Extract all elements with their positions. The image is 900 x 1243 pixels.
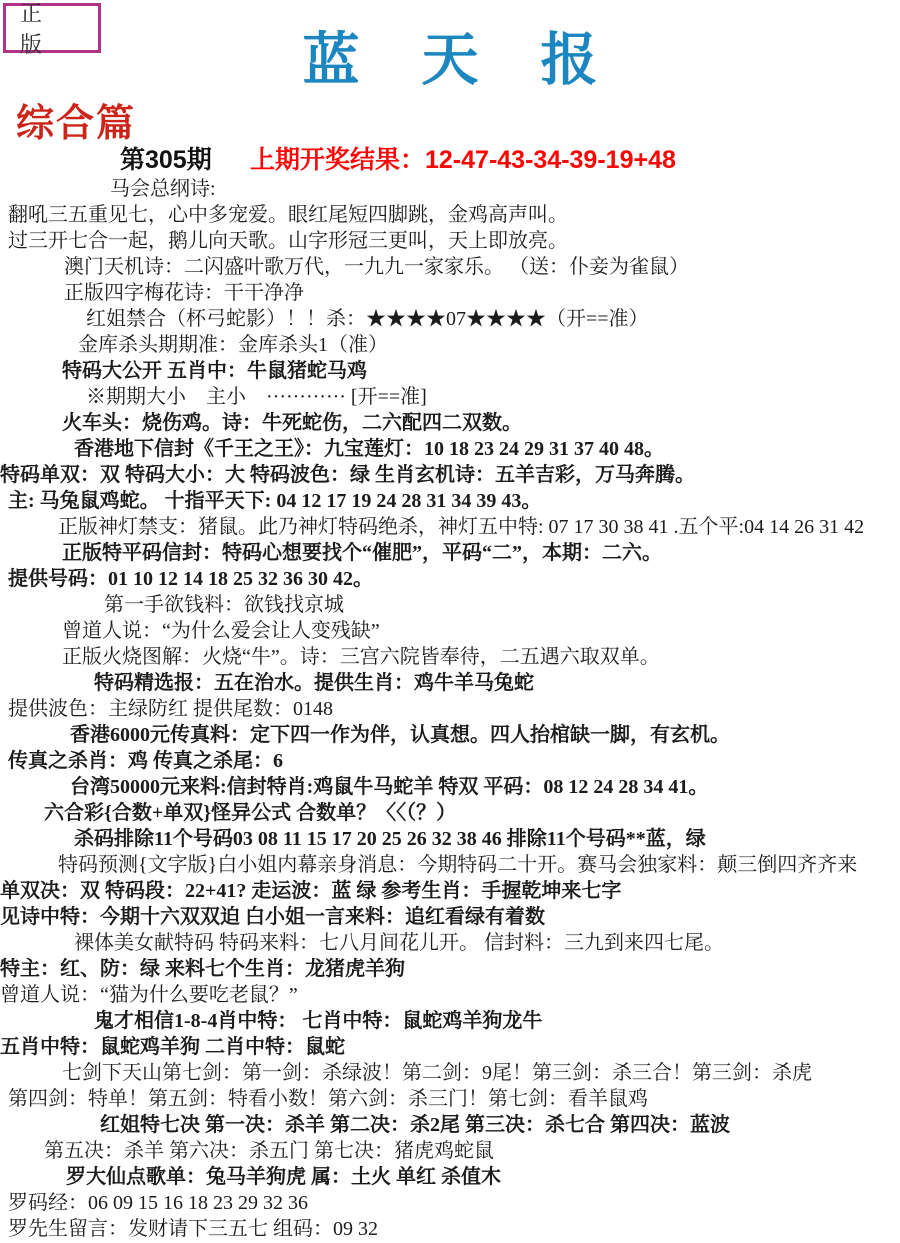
text-line: 特码精选报：五在治水。提供生肖：鸡牛羊马兔蛇	[0, 670, 900, 696]
text-line: 见诗中特：今期十六双双迫 白小姐一言来料：追红看绿有着数	[0, 904, 900, 930]
issue-row: 第305期 上期开奖结果：12-47-43-34-39-19+48	[0, 140, 900, 170]
text-line: 马会总纲诗:	[0, 176, 900, 202]
text-line: 特码大公开 五肖中：牛鼠猪蛇马鸡	[0, 358, 900, 384]
text-line: 正版四字梅花诗：干干净净	[0, 280, 900, 306]
text-line: 红姐禁合（杯弓蛇影）！！杀：★★★★07★★★★（开==准）	[0, 306, 900, 332]
paper-title: 蓝天报	[0, 14, 900, 96]
text-line: 红姐特七决 第一决：杀羊 第二决：杀2尾 第三决：杀七合 第四决：蓝波	[0, 1112, 900, 1138]
text-line: 第一手欲钱料：欲钱找京城	[0, 592, 900, 618]
content-lines: 马会总纲诗:翻吼三五重见七，心中多宠爱。眼红尾短四脚跳，金鸡高声叫。过三开七合一…	[0, 176, 900, 1242]
text-line: 罗先生留言：发财请下三五七 组码：09 32	[0, 1216, 900, 1242]
text-line: 香港地下信封《千王之王》：九宝莲灯：10 18 23 24 29 31 37 4…	[0, 436, 900, 462]
text-line: 台湾50000元来料:信封特肖:鸡鼠牛马蛇羊 特双 平码：08 12 24 28…	[0, 774, 900, 800]
text-line: 特码单双：双 特码大小：大 特码波色：绿 生肖玄机诗：五羊吉彩，万马奔腾。	[0, 462, 900, 488]
text-line: 过三开七合一起，鹅儿向天歌。山字形冠三更叫，天上即放亮。	[0, 228, 900, 254]
newspaper-page: 正 版 蓝天报 综合篇 第305期 上期开奖结果：12-47-43-34-39-…	[0, 0, 900, 1243]
issue-number: 第305期	[120, 140, 212, 176]
text-line: 鬼才相信1-8-4肖中特： 七肖中特：鼠蛇鸡羊狗龙牛	[0, 1008, 900, 1034]
text-line: 第四剑：特单！第五剑：特看小数！第六剑：杀三门！第七剑：看羊鼠鸡	[0, 1086, 900, 1112]
text-line: 曾道人说：“为什么爱会让人变残缺”	[0, 618, 900, 644]
text-line: 五肖中特：鼠蛇鸡羊狗 二肖中特：鼠蛇	[0, 1034, 900, 1060]
text-line: 曾道人说：“猫为什么要吃老鼠？”	[0, 982, 900, 1008]
text-line: 第五决：杀羊 第六决：杀五门 第七决：猪虎鸡蛇鼠	[0, 1138, 900, 1164]
text-line: 杀码排除11个号码03 08 11 15 17 20 25 26 32 38 4…	[0, 826, 900, 852]
text-line: 提供号码：01 10 12 14 18 25 32 36 30 42。	[0, 566, 900, 592]
text-line: 提供波色：主绿防红 提供尾数：0148	[0, 696, 900, 722]
text-line: 罗码经：06 09 15 16 18 23 29 32 36	[0, 1190, 900, 1216]
text-line: 正版特平码信封：特码心想要找个“催肥”，平码“二”，本期：二六。	[0, 540, 900, 566]
text-line: 火车头：烧伤鸡。诗：牛死蛇伤，二六配四二双数。	[0, 410, 900, 436]
text-line: 罗大仙点歌单：兔马羊狗虎 属：土火 单红 杀值木	[0, 1164, 900, 1190]
previous-draw-result: 上期开奖结果：12-47-43-34-39-19+48	[250, 140, 676, 176]
section-title: 综合篇	[16, 92, 136, 147]
text-line: 翻吼三五重见七，心中多宠爱。眼红尾短四脚跳，金鸡高声叫。	[0, 202, 900, 228]
text-line: 六合彩{合数+单双}怪异公式 合数单？〈〈（？）	[0, 800, 900, 826]
text-line: 金库杀头期期准：金库杀头1（准）	[0, 332, 900, 358]
text-line: 传真之杀肖：鸡 传真之杀尾：6	[0, 748, 900, 774]
text-line: 澳门天机诗：二闪盛叶歌万代，一九九一家家乐。 （送：仆妾为雀鼠）	[0, 254, 900, 280]
text-line: 裸体美女献特码 特码来料：七八月间花儿开。 信封料：三九到来四七尾。	[0, 930, 900, 956]
text-line: 主: 马兔鼠鸡蛇。 十指平天下: 04 12 17 19 24 28 31 34…	[0, 488, 900, 514]
text-line: 单双决：双 特码段：22+41? 走运波：蓝 绿 参考生肖：手握乾坤来七字	[0, 878, 900, 904]
text-line: 七剑下天山第七剑：第一剑：杀绿波！第二剑：9尾！第三剑：杀三合！第三剑：杀虎	[0, 1060, 900, 1086]
text-line: 香港6000元传真料：定下四一作为伴，认真想。四人抬棺缺一脚，有玄机。	[0, 722, 900, 748]
text-line: 特码预测{文字版}白小姐内幕亲身消息：今期特码二十开。赛马会独家料：颠三倒四齐齐…	[0, 852, 900, 878]
text-line: 正版神灯禁支：猪鼠。此乃神灯特码绝杀，神灯五中特: 07 17 30 38 41…	[0, 514, 900, 540]
text-line: 特主：红、防：绿 来料七个生肖：龙猪虎羊狗	[0, 956, 900, 982]
text-line: 正版火烧图解：火烧“牛”。诗：三宫六院皆奉待，二五遇六取双单。	[0, 644, 900, 670]
text-line: ※期期大小 主小 ············ [开==准]	[0, 384, 900, 410]
